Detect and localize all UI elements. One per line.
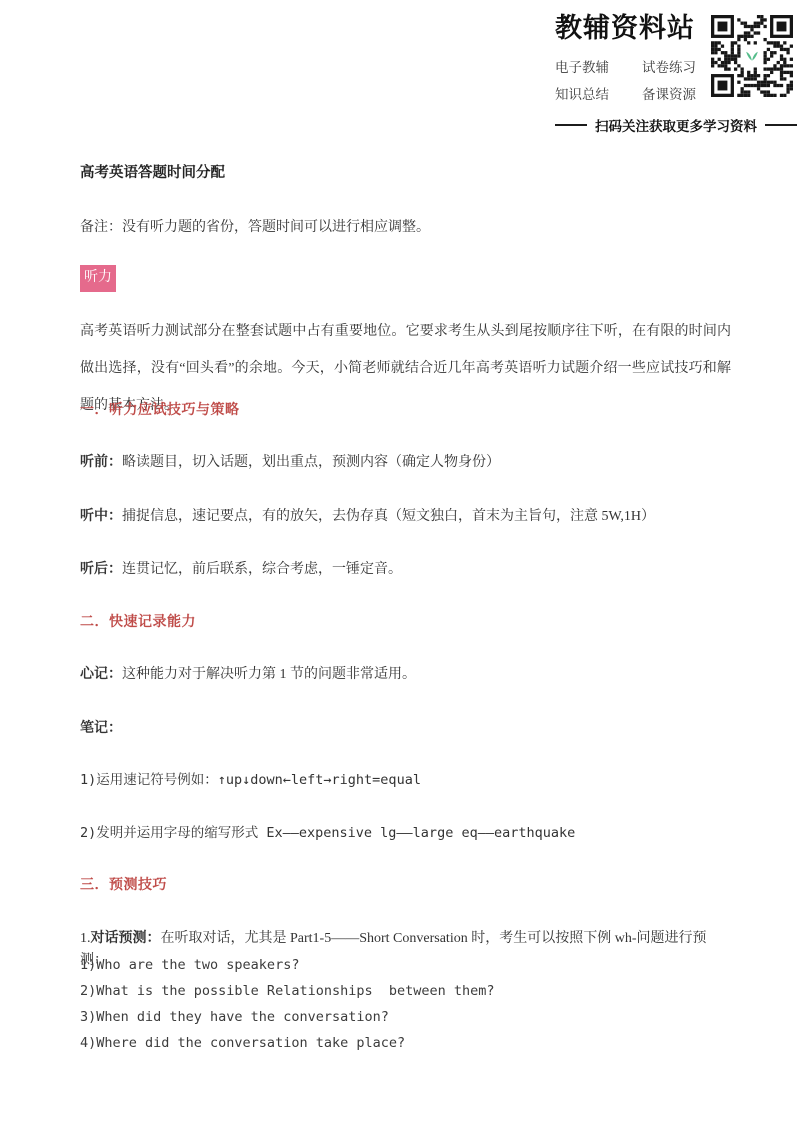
brand-tags: 电子教辅 试卷练习 知识总结 备课资源 [555, 56, 705, 103]
tagline-right-rule [765, 124, 797, 126]
section-2-heading: 二．快速记录能力 [80, 612, 731, 634]
tip-lead: 听中： [80, 509, 122, 524]
wh-question-2: 2)What is the possible Relationships bet… [80, 981, 731, 1002]
document-title: 高考英语答题时间分配 [80, 162, 731, 184]
mental-note-lead: 心记： [80, 667, 122, 682]
tagline-text: 扫码关注获取更多学习资料 [587, 115, 765, 135]
tip-line-after: 听后：连贯记忆，前后联系，综合考虑，一锤定音。 [80, 559, 731, 581]
item-number: 1. [80, 931, 91, 946]
tip-lead: 听前： [80, 455, 122, 470]
tip-line-before: 听前：略读题目，切入话题，划出重点，预测内容（确定人物身份） [80, 452, 731, 474]
written-note-lead: 笔记： [80, 721, 122, 736]
brand-tag: 备课资源 [642, 83, 705, 103]
written-note-line: 笔记： [80, 718, 731, 740]
note-line: 备注：没有听力题的省份，答题时间可以进行相应调整。 [80, 217, 731, 239]
tip-line-during: 听中：捕捉信息，速记要点，有的放矢，去伪存真（短文独白，首末为主旨句，注意 5W… [80, 506, 731, 528]
shorthand-symbols-line: 1)运用速记符号例如：↑up↓down←left→right=equal [80, 770, 731, 791]
site-header: 教辅资料站 电子教辅 试卷练习 知识总结 备课资源 扫码关注获取更多学习资料 [555, 14, 793, 135]
note-lead: 备注： [80, 220, 122, 235]
highlight-line: 听力 [80, 265, 731, 292]
listening-highlight-badge: 听力 [80, 265, 116, 292]
brand-logo-text: 教辅资料站 [555, 14, 705, 44]
qr-code-icon [711, 14, 793, 98]
mental-note-line: 心记：这种能力对于解决听力第 1 节的问题非常适用。 [80, 664, 731, 686]
wh-question-1: 1)Who are the two speakers? [80, 955, 731, 976]
brand-tag: 试卷练习 [642, 56, 705, 76]
tip-text: 连贯记忆，前后联系，综合考虑，一锤定音。 [122, 562, 402, 577]
tip-text: 捕捉信息，速记要点，有的放矢，去伪存真（短文独白，首末为主旨句，注意 5W,1H… [122, 509, 655, 524]
tip-lead: 听后： [80, 562, 122, 577]
wh-question-3: 3)When did they have the conversation? [80, 1007, 731, 1028]
mental-note-text: 这种能力对于解决听力第 1 节的问题非常适用。 [122, 667, 416, 682]
brand-tag: 电子教辅 [555, 56, 618, 76]
tagline-left-rule [555, 124, 587, 126]
wh-question-4: 4)Where did the conversation take place? [80, 1033, 731, 1054]
note-text: 没有听力题的省份，答题时间可以进行相应调整。 [122, 220, 430, 235]
section-1-heading: 一．听力应试技巧与策略 [80, 400, 731, 422]
dialog-prediction-lead: 对话预测： [91, 931, 161, 946]
section-3-heading: 三．预测技巧 [80, 875, 731, 897]
sprout-icon [741, 46, 763, 66]
brand-tag: 知识总结 [555, 83, 618, 103]
scan-tagline: 扫码关注获取更多学习资料 [555, 115, 793, 135]
tip-text: 略读题目，切入话题，划出重点，预测内容（确定人物身份） [122, 455, 500, 470]
abbreviation-line: 2)发明并运用字母的缩写形式 Ex——expensive lg——large e… [80, 823, 731, 844]
